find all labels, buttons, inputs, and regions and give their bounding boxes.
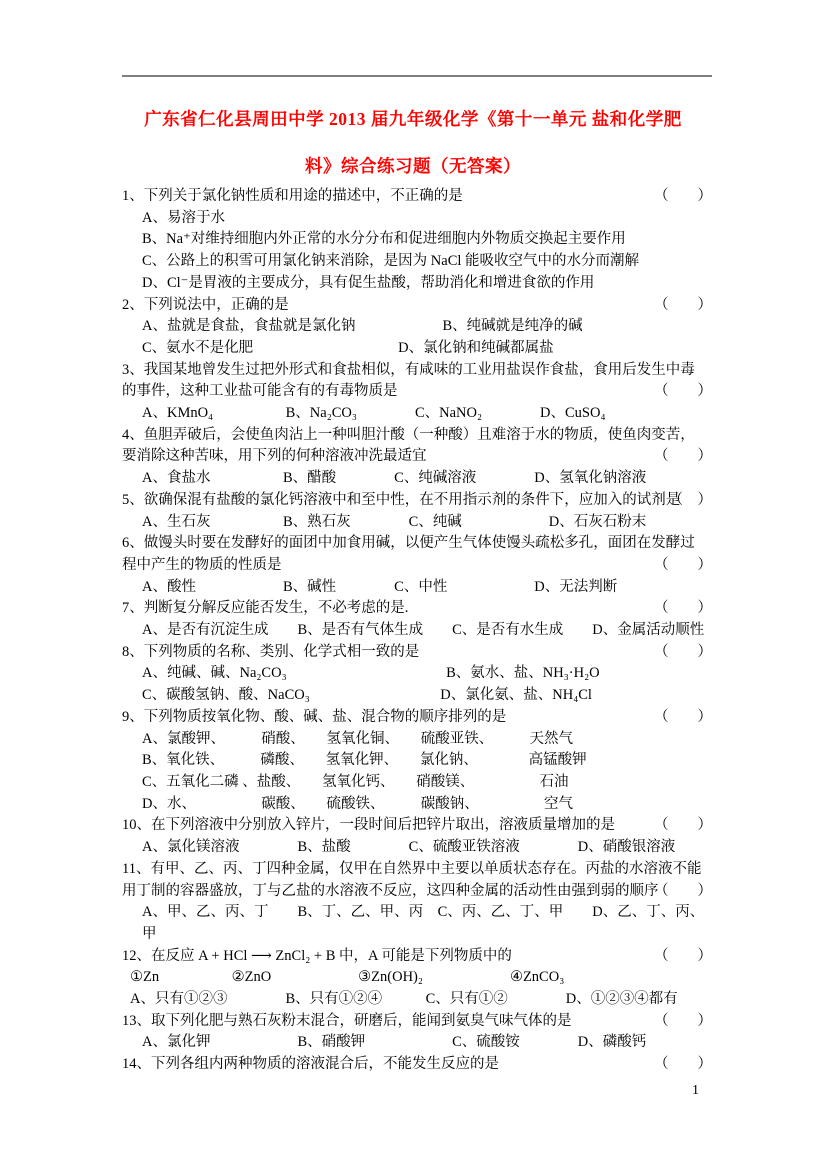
- answer-bracket: （ ）: [654, 815, 712, 837]
- question-stem-line: 用丁制的容器盛放，丁与乙盐的水溶液不反应，这四种金属的活动性由强到弱的顺序（ ）: [122, 881, 712, 903]
- question-stem-line: 7、判断复分解反应能否发生，不必考虑的是.（ ）: [122, 598, 712, 620]
- question-stem-line: 10、在下列溶液中分别放入锌片，一段时间后把锌片取出，溶液质量增加的是（ ）: [122, 815, 712, 837]
- line-text: A、KMnO₄ B、Na₂CO₃ C、NaNO₂ D、CuSO₄: [142, 403, 606, 425]
- question-items-line: ①Zn ②ZnO ③Zn(OH)₂ ④ZnCO₃: [122, 967, 712, 989]
- line-text: D、水、 碳酸、 硫酸铁、 碳酸钠、 空气: [142, 794, 573, 816]
- document-title: 广东省仁化县周田中学 2013 届九年级化学《第十一单元 盐和化学肥 料》综合练…: [113, 96, 713, 190]
- answer-bracket: （ ）: [654, 1054, 712, 1076]
- question-option-line: C、公路上的积雪可用氯化钠来消除，是因为 NaCl 能吸收空气中的水分而潮解: [122, 251, 712, 273]
- question-option-line: A、盐就是食盐，食盐就是氯化钠 B、纯碱就是纯净的碱: [122, 316, 712, 338]
- question-5: 5、欲确保混有盐酸的氯化钙溶液中和至中性，在不用指示剂的条件下，应加入的试剂是（…: [122, 490, 712, 533]
- line-text: A、氯化镁溶液 B、盐酸 C、硫酸亚铁溶液 D、硝酸银溶液: [142, 837, 675, 859]
- page-number: 1: [692, 1081, 699, 1101]
- question-6: 6、做馒头时要在发酵好的面团中加食用碱，以便产生气体使馒头疏松多孔，面团在发酵过…: [122, 533, 712, 598]
- line-text: 9、下列物质按氧化物、酸、碱、盐、混合物的顺序排列的是: [122, 707, 506, 729]
- line-text: 4、鱼胆弄破后，会使鱼肉沾上一种叫胆汁酸（一种酸）且难溶于水的物质，使鱼肉变苦，: [122, 425, 695, 447]
- title-line-1: 广东省仁化县周田中学 2013 届九年级化学《第十一单元 盐和化学肥: [113, 96, 713, 143]
- question-12: 12、在反应 A + HCl ⟶ ZnCl₂ + B 中，A 可能是下列物质中的…: [122, 946, 712, 1011]
- question-stem-line: 5、欲确保混有盐酸的氯化钙溶液中和至中性，在不用指示剂的条件下，应加入的试剂是（…: [122, 490, 712, 512]
- question-option-line: A、是否有沉淀生成 B、是否有气体生成 C、是否有水生成 D、金属活动顺性: [122, 620, 712, 642]
- question-option-line: A、KMnO₄ B、Na₂CO₃ C、NaNO₂ D、CuSO₄: [122, 403, 712, 425]
- answer-bracket: （ ）: [654, 946, 712, 968]
- line-text: D、Cl⁻是胃液的主要成分，具有促生盐酸，帮助消化和增进食欲的作用: [142, 273, 594, 295]
- question-13: 13、取下列化肥与熟石灰粉末混合，研磨后，能闻到氨臭气味气体的是（ ）A、氯化钾…: [122, 1011, 712, 1054]
- line-text: 8、下列物质的名称、类别、化学式相一致的是: [122, 642, 419, 664]
- question-3: 3、我国某地曾发生过把外形式和食盐相似，有咸味的工业用盐误作食盐，食用后发生中毒…: [122, 360, 712, 425]
- question-10: 10、在下列溶液中分别放入锌片，一段时间后把锌片取出，溶液质量增加的是（ ）A、…: [122, 815, 712, 858]
- document-page: 广东省仁化县周田中学 2013 届九年级化学《第十一单元 盐和化学肥 料》综合练…: [0, 0, 827, 1170]
- line-text: B、Na⁺对维持细胞内外正常的水分分布和促进细胞内外物质交换起主要作用: [142, 229, 626, 251]
- line-text: C、氨水不是化肥 D、氯化钠和纯碱都属盐: [142, 338, 554, 360]
- question-stem-line: 13、取下列化肥与熟石灰粉末混合，研磨后，能闻到氨臭气味气体的是（ ）: [122, 1011, 712, 1033]
- question-option-line: D、水、 碳酸、 硫酸铁、 碳酸钠、 空气: [122, 794, 712, 816]
- line-text: 2、下列说法中，正确的是: [122, 295, 289, 317]
- question-option-line: A、氯酸钾、 硝酸、 氢氧化铜、 硫酸亚铁、 天然气: [122, 729, 712, 751]
- answer-bracket: （ ）: [654, 1011, 712, 1033]
- question-option-line: A、纯碱、碱、Na₂CO₃ B、氨水、盐、NH₃·H₂O: [122, 663, 712, 685]
- line-text: A、是否有沉淀生成 B、是否有气体生成 C、是否有水生成 D、金属活动顺性: [142, 620, 704, 642]
- line-text: 7、判断复分解反应能否发生，不必考虑的是.: [122, 598, 408, 620]
- question-7: 7、判断复分解反应能否发生，不必考虑的是.（ ）A、是否有沉淀生成 B、是否有气…: [122, 598, 712, 641]
- line-text: A、只有①②③ B、只有①②④ C、只有①② D、①②③④都有: [130, 989, 678, 1011]
- line-text: ①Zn ②ZnO ③Zn(OH)₂ ④ZnCO₃: [130, 967, 564, 989]
- question-stem-line: 12、在反应 A + HCl ⟶ ZnCl₂ + B 中，A 可能是下列物质中的…: [122, 946, 712, 968]
- line-text: C、五氧化二磷 、盐酸、 氢氧化钙、 硝酸镁、 石油: [142, 772, 569, 794]
- header-divider: [122, 75, 712, 77]
- answer-bracket: （ ）: [654, 446, 712, 468]
- line-text: C、碳酸氢钠、酸、NaCO₃ D、氯化氨、盐、NH₄Cl: [142, 685, 592, 707]
- question-option-line: C、氨水不是化肥 D、氯化钠和纯碱都属盐: [122, 338, 712, 360]
- question-14: 14、下列各组内两种物质的溶液混合后，不能发生反应的是（ ）: [122, 1054, 712, 1076]
- question-8: 8、下列物质的名称、类别、化学式相一致的是（ ）A、纯碱、碱、Na₂CO₃ B、…: [122, 642, 712, 707]
- question-option-line: A、酸性 B、碱性 C、中性 D、无法判断: [122, 577, 712, 599]
- line-text: C、公路上的积雪可用氯化钠来消除，是因为 NaCl 能吸收空气中的水分而潮解: [142, 251, 639, 273]
- question-option-line: C、碳酸氢钠、酸、NaCO₃ D、氯化氨、盐、NH₄Cl: [122, 685, 712, 707]
- line-text: 5、欲确保混有盐酸的氯化钙溶液中和至中性，在不用指示剂的条件下，应加入的试剂是: [122, 490, 680, 512]
- question-stem-line: 的事件，这种工业盐可能含有的有毒物质是（ ）: [122, 381, 712, 403]
- line-text: A、氯化钾 B、硝酸钾 C、硫酸铵 D、磷酸钙: [142, 1032, 646, 1054]
- line-text: B、氧化铁、 磷酸、 氢氧化钾、 氯化钠、 高锰酸钾: [142, 750, 587, 772]
- question-option-line: A、食盐水 B、醋酸 C、纯碱溶液 D、氢氧化钠溶液: [122, 468, 712, 490]
- question-option-line: C、五氧化二磷 、盐酸、 氢氧化钙、 硝酸镁、 石油: [122, 772, 712, 794]
- line-text: 用丁制的容器盛放，丁与乙盐的水溶液不反应，这四种金属的活动性由强到弱的顺序: [122, 881, 659, 903]
- question-stem-line: 8、下列物质的名称、类别、化学式相一致的是（ ）: [122, 642, 712, 664]
- question-option-line: A、生石灰 B、熟石灰 C、纯碱 D、石灰石粉末: [122, 512, 712, 534]
- line-text: A、纯碱、碱、Na₂CO₃ B、氨水、盐、NH₃·H₂O: [142, 663, 600, 685]
- question-stem-line: 11、有甲、乙、丙、丁四种金属，仅甲在自然界中主要以单质状态存在。丙盐的水溶液不…: [122, 859, 712, 881]
- answer-bracket: （ ）: [654, 707, 712, 729]
- question-option-line: D、Cl⁻是胃液的主要成分，具有促生盐酸，帮助消化和增进食欲的作用: [122, 273, 712, 295]
- line-text: 11、有甲、乙、丙、丁四种金属，仅甲在自然界中主要以单质状态存在。丙盐的水溶液不…: [122, 859, 701, 881]
- question-option-line: A、氯化镁溶液 B、盐酸 C、硫酸亚铁溶液 D、硝酸银溶液: [122, 837, 712, 859]
- answer-bracket: （ ）: [654, 598, 712, 620]
- line-text: 6、做馒头时要在发酵好的面团中加食用碱，以便产生气体使馒头疏松多孔，面团在发酵过: [122, 533, 695, 555]
- question-11: 11、有甲、乙、丙、丁四种金属，仅甲在自然界中主要以单质状态存在。丙盐的水溶液不…: [122, 859, 712, 946]
- title-line-2: 料》综合练习题（无答案）: [113, 143, 713, 190]
- question-4: 4、鱼胆弄破后，会使鱼肉沾上一种叫胆汁酸（一种酸）且难溶于水的物质，使鱼肉变苦，…: [122, 425, 712, 490]
- line-text: 的事件，这种工业盐可能含有的有毒物质是: [122, 381, 398, 403]
- question-option-line: A、氯化钾 B、硝酸钾 C、硫酸铵 D、磷酸钙: [122, 1032, 712, 1054]
- line-text: A、甲、乙、丙、丁 B、丁、乙、甲、丙 C、丙、乙、丁、甲 D、乙、丁、丙、甲: [142, 902, 712, 945]
- question-stem-line: 3、我国某地曾发生过把外形式和食盐相似，有咸味的工业用盐误作食盐，食用后发生中毒: [122, 360, 712, 382]
- question-stem-line: 2、下列说法中，正确的是（ ）: [122, 295, 712, 317]
- question-list: 1、下列关于氯化钠性质和用途的描述中，不正确的是（ ）A、易溶于水B、Na⁺对维…: [122, 186, 712, 1076]
- line-text: A、氯酸钾、 硝酸、 氢氧化铜、 硫酸亚铁、 天然气: [142, 729, 573, 751]
- line-text: A、盐就是食盐，食盐就是氯化钠 B、纯碱就是纯净的碱: [142, 316, 583, 338]
- line-text: 12、在反应 A + HCl ⟶ ZnCl₂ + B 中，A 可能是下列物质中的: [122, 946, 512, 968]
- question-option-line: A、易溶于水: [122, 208, 712, 230]
- answer-bracket: （ ）: [669, 490, 713, 512]
- line-text: 13、取下列化肥与熟石灰粉末混合，研磨后，能闻到氨臭气味气体的是: [122, 1011, 572, 1033]
- question-stem-line: 程中产生的物质的性质是（ ）: [122, 555, 712, 577]
- question-option-line: B、氧化铁、 磷酸、 氢氧化钾、 氯化钠、 高锰酸钾: [122, 750, 712, 772]
- question-9: 9、下列物质按氧化物、酸、碱、盐、混合物的顺序排列的是（ ）A、氯酸钾、 硝酸、…: [122, 707, 712, 816]
- line-text: A、食盐水 B、醋酸 C、纯碱溶液 D、氢氧化钠溶液: [142, 468, 646, 490]
- line-text: 程中产生的物质的性质是: [122, 555, 282, 577]
- line-text: A、酸性 B、碱性 C、中性 D、无法判断: [142, 577, 617, 599]
- question-stem-line: 14、下列各组内两种物质的溶液混合后，不能发生反应的是（ ）: [122, 1054, 712, 1076]
- line-text: 10、在下列溶液中分别放入锌片，一段时间后把锌片取出，溶液质量增加的是: [122, 815, 615, 837]
- question-stem-line: 9、下列物质按氧化物、酸、碱、盐、混合物的顺序排列的是（ ）: [122, 707, 712, 729]
- answer-bracket: （ ）: [654, 186, 712, 208]
- answer-bracket: （ ）: [654, 642, 712, 664]
- answer-bracket: （ ）: [654, 881, 712, 903]
- line-text: A、生石灰 B、熟石灰 C、纯碱 D、石灰石粉末: [142, 512, 646, 534]
- question-2: 2、下列说法中，正确的是（ ）A、盐就是食盐，食盐就是氯化钠 B、纯碱就是纯净的…: [122, 295, 712, 360]
- line-text: 1、下列关于氯化钠性质和用途的描述中，不正确的是: [122, 186, 463, 208]
- answer-bracket: （ ）: [654, 295, 712, 317]
- answer-bracket: （ ）: [654, 555, 712, 577]
- question-stem-line: 4、鱼胆弄破后，会使鱼肉沾上一种叫胆汁酸（一种酸）且难溶于水的物质，使鱼肉变苦，: [122, 425, 712, 447]
- line-text: 14、下列各组内两种物质的溶液混合后，不能发生反应的是: [122, 1054, 499, 1076]
- question-stem-line: 1、下列关于氯化钠性质和用途的描述中，不正确的是（ ）: [122, 186, 712, 208]
- question-stem-line: 6、做馒头时要在发酵好的面团中加食用碱，以便产生气体使馒头疏松多孔，面团在发酵过: [122, 533, 712, 555]
- question-stem-line: 要消除这种苦味，用下列的何种溶液冲洗最适宜（ ）: [122, 446, 712, 468]
- question-items-line: A、只有①②③ B、只有①②④ C、只有①② D、①②③④都有: [122, 989, 712, 1011]
- question-option-line: A、甲、乙、丙、丁 B、丁、乙、甲、丙 C、丙、乙、丁、甲 D、乙、丁、丙、甲: [122, 902, 712, 945]
- line-text: 3、我国某地曾发生过把外形式和食盐相似，有咸味的工业用盐误作食盐，食用后发生中毒: [122, 360, 695, 382]
- answer-bracket: （ ）: [654, 381, 712, 403]
- question-1: 1、下列关于氯化钠性质和用途的描述中，不正确的是（ ）A、易溶于水B、Na⁺对维…: [122, 186, 712, 295]
- line-text: 要消除这种苦味，用下列的何种溶液冲洗最适宜: [122, 446, 427, 468]
- question-option-line: B、Na⁺对维持细胞内外正常的水分分布和促进细胞内外物质交换起主要作用: [122, 229, 712, 251]
- line-text: A、易溶于水: [142, 208, 225, 230]
